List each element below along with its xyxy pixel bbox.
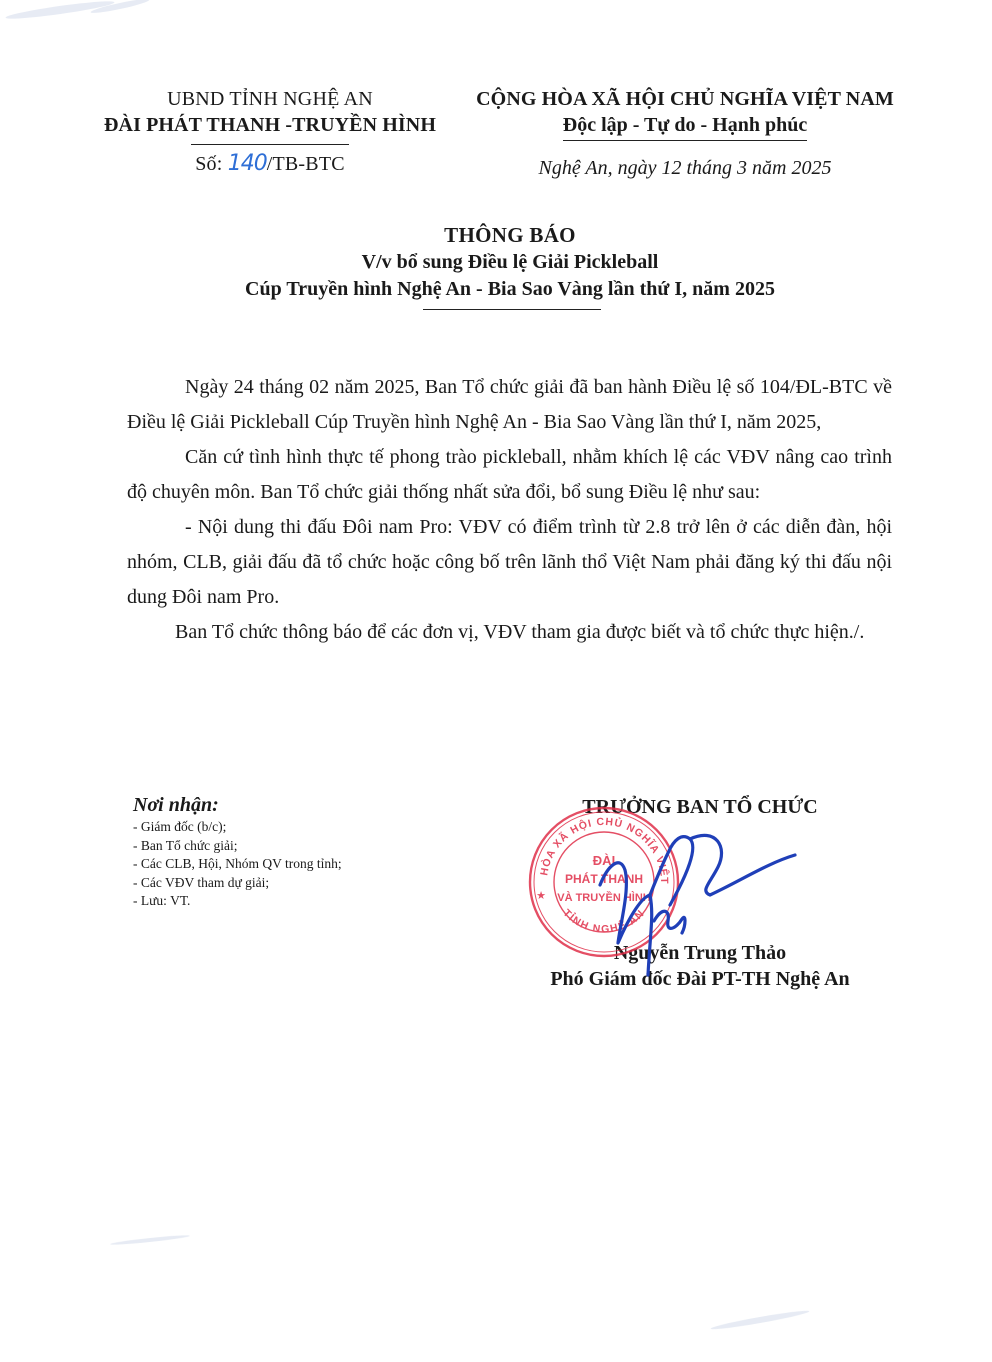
document-type: THÔNG BÁO [120, 222, 900, 249]
recipients-heading: Nơi nhận: [133, 794, 433, 816]
document-number-suffix: /TB-BTC [267, 153, 345, 175]
document-number-handwritten: 140 [228, 151, 267, 176]
document-body: Ngày 24 tháng 02 năm 2025, Ban Tổ chức g… [127, 370, 892, 650]
national-title: CỘNG HÒA XÃ HỘI CHỦ NGHĨA VIỆT NAM [452, 86, 918, 112]
document-number: Số: 140/TB-BTC [80, 151, 460, 177]
national-motto: Độc lập - Tự do - Hạnh phúc [563, 112, 807, 141]
list-item: - Lưu: VT. [133, 892, 433, 911]
document-number-prefix: Số: [195, 153, 227, 175]
issuing-unit: ĐÀI PHÁT THANH -TRUYỀN HÌNH [80, 112, 460, 138]
subject-line-1: V/v bổ sung Điều lệ Giải Pickleball [120, 249, 900, 276]
document-title-block: THÔNG BÁO V/v bổ sung Điều lệ Giải Pickl… [120, 222, 900, 310]
national-header-block: CỘNG HÒA XÃ HỘI CHỦ NGHĨA VIỆT NAM Độc l… [452, 86, 918, 181]
recipients-block: Nơi nhận: - Giám đốc (b/c); - Ban Tổ chứ… [133, 794, 433, 911]
body-paragraph-bullet: - Nội dung thi đấu Đôi nam Pro: VĐV có đ… [127, 510, 892, 615]
list-item: - Giám đốc (b/c); [133, 818, 433, 837]
place-and-date: Nghệ An, ngày 12 tháng 3 năm 2025 [452, 155, 918, 181]
handwritten-signature-icon [590, 825, 800, 980]
recipients-list: - Giám đốc (b/c); - Ban Tổ chức giải; - … [133, 818, 433, 911]
body-paragraph: Ngày 24 tháng 02 năm 2025, Ban Tổ chức g… [127, 370, 892, 440]
subject-line-2: Cúp Truyền hình Nghệ An - Bia Sao Vàng l… [120, 276, 900, 303]
list-item: - Các CLB, Hội, Nhóm QV trong tỉnh; [133, 855, 433, 874]
body-paragraph-closing: Ban Tổ chức thông báo để các đơn vị, VĐV… [127, 615, 892, 650]
svg-text:★: ★ [536, 890, 546, 902]
list-item: - Ban Tổ chức giải; [133, 837, 433, 856]
scan-artifacts [0, 0, 992, 1362]
list-item: - Các VĐV tham dự giải; [133, 874, 433, 893]
divider [191, 144, 349, 145]
parent-agency: UBND TỈNH NGHỆ AN [80, 86, 460, 112]
issuing-authority-block: UBND TỈNH NGHỆ AN ĐÀI PHÁT THANH -TRUYỀN… [80, 86, 460, 177]
body-paragraph: Căn cứ tình hình thực tế phong trào pick… [127, 440, 892, 510]
divider [423, 309, 601, 310]
